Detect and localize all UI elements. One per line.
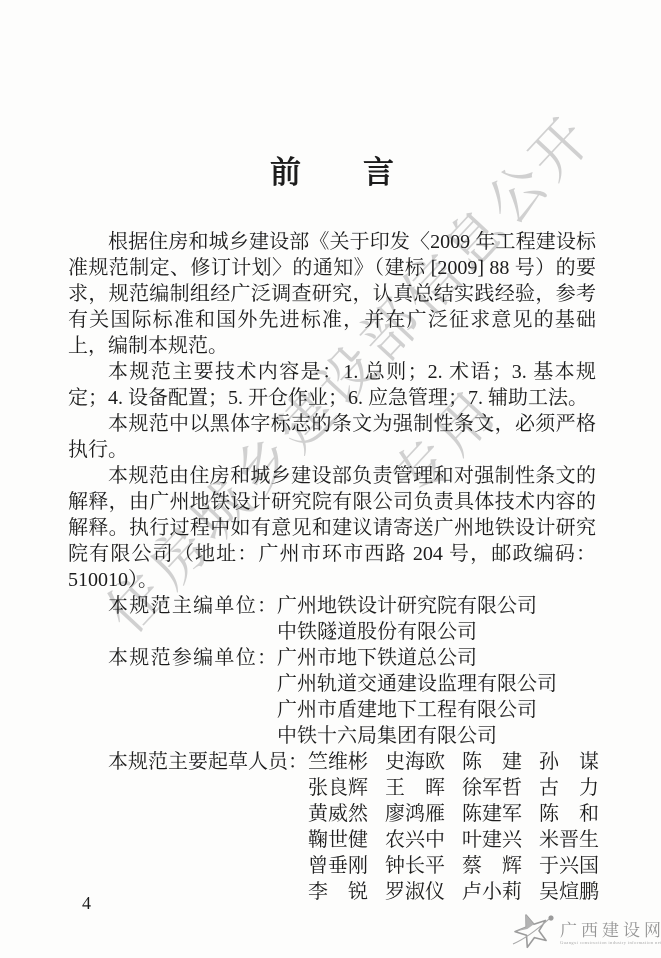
drafter-name: 黄威然 (308, 801, 371, 827)
drafter-name: 孙 谋 (539, 749, 602, 775)
drafter-name: 古 力 (539, 775, 602, 801)
drafter-name: 竺维彬 (308, 749, 371, 775)
drafter-name: 于兴国 (539, 853, 602, 879)
drafter-row: 李 锐 罗淑仪 卢小莉 吴煊鹏 (308, 879, 602, 905)
drafter-name: 徐军哲 (462, 775, 525, 801)
participants-units: 广州市地下铁道总公司 广州轨道交通建设监理有限公司 广州市盾建地下工程有限公司 … (277, 645, 596, 749)
drafter-name: 鞠世健 (308, 827, 371, 853)
drafter-name: 钟长平 (385, 853, 448, 879)
paragraph: 根据住房和城乡建设部《关于印发〈2009 年工程建设标准规范制定、修订计划〉的通… (68, 229, 596, 359)
chief-editor-block: 本规范主编单位： 广州地铁设计研究院有限公司 中铁隧道股份有限公司 (68, 593, 596, 645)
drafter-name: 叶建兴 (462, 827, 525, 853)
unit-item: 中铁十六局集团有限公司 (277, 723, 596, 749)
drafter-row: 曾垂刚 钟长平 蔡 辉 于兴国 (308, 853, 602, 879)
paragraph: 本规范主要技术内容是：1. 总则；2. 术语；3. 基本规定；4. 设备配置；5… (68, 359, 596, 411)
participants-label: 本规范参编单位： (68, 645, 277, 749)
drafter-name: 曾垂刚 (308, 853, 371, 879)
unit-item: 中铁隧道股份有限公司 (277, 619, 596, 645)
page-title: 前 言 (68, 155, 596, 191)
drafter-name: 吴煊鹏 (539, 879, 602, 905)
unit-item: 广州地铁设计研究院有限公司 (277, 593, 596, 619)
drafter-name: 廖鸿雁 (385, 801, 448, 827)
drafter-name: 米晋生 (539, 827, 602, 853)
drafter-name: 陈 和 (539, 801, 602, 827)
drafters-block: 本规范主要起草人员： 竺维彬 史海欧 陈 建 孙 谋 张良辉 王 晖 徐军哲 古… (68, 749, 596, 905)
drafter-name: 王 晖 (385, 775, 448, 801)
logo-text: 广西建设网 (560, 921, 661, 940)
star-icon (511, 909, 557, 958)
drafter-name: 史海欧 (385, 749, 448, 775)
drafter-row: 黄威然 廖鸿雁 陈建军 陈 和 (308, 801, 602, 827)
drafter-name: 蔡 辉 (462, 853, 525, 879)
chief-editor-label: 本规范主编单位： (68, 593, 277, 645)
unit-item: 广州市盾建地下工程有限公司 (277, 697, 596, 723)
drafters-names: 竺维彬 史海欧 陈 建 孙 谋 张良辉 王 晖 徐军哲 古 力 黄威然 廖鸿雁 … (308, 749, 602, 905)
page-number: 4 (82, 893, 91, 913)
paragraph: 本规范中以黑体字标志的条文为强制性条文，必须严格执行。 (68, 411, 596, 463)
logo-text-group: 广西建设网 Guangxi construction industry info… (560, 921, 661, 946)
unit-item: 广州轨道交通建设监理有限公司 (277, 671, 596, 697)
drafter-name: 卢小莉 (462, 879, 525, 905)
drafters-label: 本规范主要起草人员： (68, 749, 308, 905)
document-page: 住房城乡建设部信息公开 专用 前 言 根据住房和城乡建设部《关于印发〈2009 … (0, 0, 661, 958)
document-body: 根据住房和城乡建设部《关于印发〈2009 年工程建设标准规范制定、修订计划〉的通… (68, 229, 596, 905)
paragraph: 本规范由住房和城乡建设部负责管理和对强制性条文的解释，由广州地铁设计研究院有限公… (68, 463, 596, 593)
site-logo: 广西建设网 Guangxi construction industry info… (511, 909, 661, 958)
chief-editor-units: 广州地铁设计研究院有限公司 中铁隧道股份有限公司 (277, 593, 596, 645)
drafter-name: 陈 建 (462, 749, 525, 775)
drafter-row: 竺维彬 史海欧 陈 建 孙 谋 (308, 749, 602, 775)
drafter-row: 张良辉 王 晖 徐军哲 古 力 (308, 775, 602, 801)
drafter-name: 张良辉 (308, 775, 371, 801)
drafter-name: 农兴中 (385, 827, 448, 853)
drafter-name: 罗淑仪 (385, 879, 448, 905)
participants-block: 本规范参编单位： 广州市地下铁道总公司 广州轨道交通建设监理有限公司 广州市盾建… (68, 645, 596, 749)
unit-item: 广州市地下铁道总公司 (277, 645, 596, 671)
drafter-row: 鞠世健 农兴中 叶建兴 米晋生 (308, 827, 602, 853)
drafter-name: 陈建军 (462, 801, 525, 827)
drafter-name: 李 锐 (308, 879, 371, 905)
logo-tagline: Guangxi construction industry informatio… (560, 940, 661, 946)
